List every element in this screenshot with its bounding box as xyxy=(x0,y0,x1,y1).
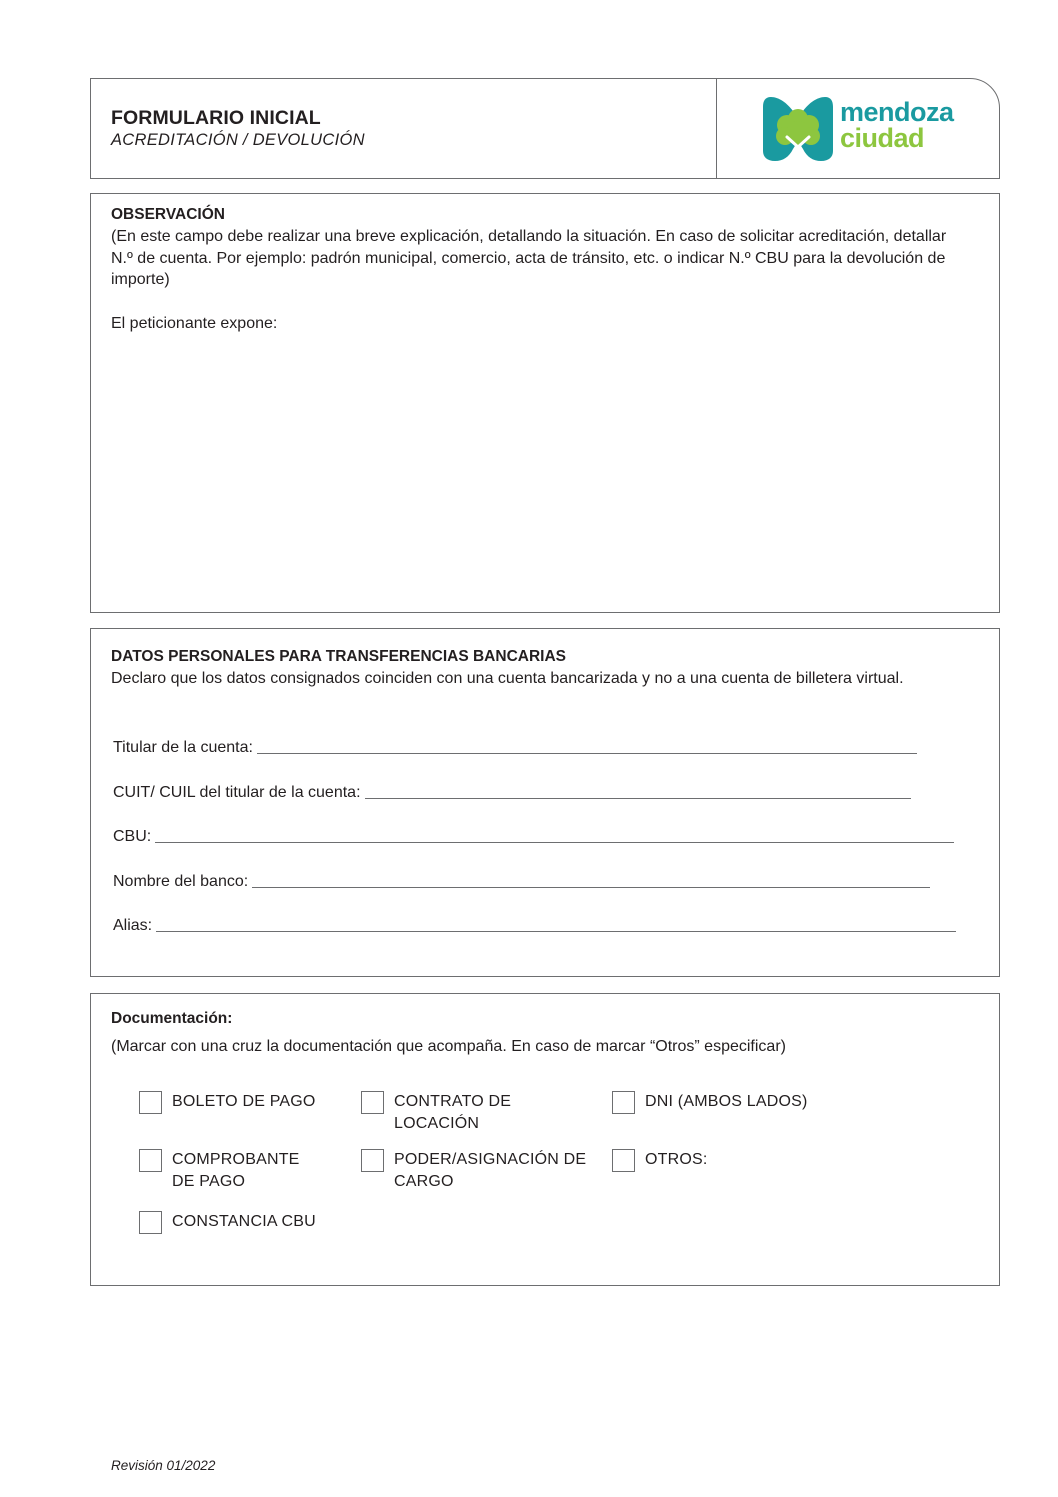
cbu-label: CBU: xyxy=(113,828,151,846)
checkbox-label: COMPROBANTE DE PAGO xyxy=(172,1149,322,1193)
logo-text-mendoza: mendoza xyxy=(840,99,954,126)
mendoza-ciudad-logo: mendoza ciudad xyxy=(763,93,963,163)
checkbox-square[interactable] xyxy=(139,1091,162,1114)
checkbox-label: PODER/ASIGNACIÓN DE CARGO xyxy=(394,1149,589,1193)
cuit-cuil-field[interactable]: CUIT/ CUIL del titular de la cuenta: xyxy=(113,780,911,802)
checkbox-label: CONSTANCIA CBU xyxy=(172,1211,316,1233)
tree-m-logo-icon xyxy=(763,93,833,163)
cuit-cuil-label: CUIT/ CUIL del titular de la cuenta: xyxy=(113,784,361,802)
titular-input-line[interactable] xyxy=(257,753,917,754)
checkbox-poder-asignacion-de-cargo[interactable]: PODER/ASIGNACIÓN DE CARGO xyxy=(361,1149,589,1193)
titular-label: Titular de la cuenta: xyxy=(113,739,253,757)
datos-personales-title: DATOS PERSONALES PARA TRANSFERENCIAS BAN… xyxy=(111,648,566,666)
alias-field[interactable]: Alias: xyxy=(113,913,956,935)
checkbox-dni-ambos-lados[interactable]: DNI (AMBOS LADOS) xyxy=(612,1091,808,1114)
checkbox-square[interactable] xyxy=(361,1149,384,1172)
datos-personales-section: DATOS PERSONALES PARA TRANSFERENCIAS BAN… xyxy=(90,628,1000,977)
checkbox-square[interactable] xyxy=(612,1149,635,1172)
datos-personales-declaration: Declaro que los datos consignados coinci… xyxy=(111,668,911,690)
checkbox-label: DNI (AMBOS LADOS) xyxy=(645,1091,808,1113)
checkbox-label: BOLETO DE PAGO xyxy=(172,1091,316,1113)
checkbox-contrato-de-locacion[interactable]: CONTRATO DE LOCACIÓN xyxy=(361,1091,544,1135)
logo-text-ciudad: ciudad xyxy=(840,125,924,152)
cbu-field[interactable]: CBU: xyxy=(113,824,954,846)
cbu-input-line[interactable] xyxy=(155,842,954,843)
checkbox-boleto-de-pago[interactable]: BOLETO DE PAGO xyxy=(139,1091,316,1114)
nombre-banco-field[interactable]: Nombre del banco: xyxy=(113,869,930,891)
alias-label: Alias: xyxy=(113,917,152,935)
nombre-banco-label: Nombre del banco: xyxy=(113,873,248,891)
cuit-cuil-input-line[interactable] xyxy=(365,798,911,799)
checkbox-label: OTROS: xyxy=(645,1149,708,1171)
checkbox-square[interactable] xyxy=(139,1211,162,1234)
checkbox-square[interactable] xyxy=(139,1149,162,1172)
observacion-section[interactable]: OBSERVACIÓN (En este campo debe realizar… xyxy=(90,193,1000,613)
header-divider xyxy=(716,79,717,178)
observacion-title: OBSERVACIÓN xyxy=(111,206,225,224)
form-header: FORMULARIO INICIAL ACREDITACIÓN / DEVOLU… xyxy=(90,78,1000,179)
revision-label: Revisión 01/2022 xyxy=(111,1458,215,1473)
titular-field[interactable]: Titular de la cuenta: xyxy=(113,735,917,757)
alias-input-line[interactable] xyxy=(156,931,956,932)
checkbox-constancia-cbu[interactable]: CONSTANCIA CBU xyxy=(139,1211,316,1234)
checkbox-label: CONTRATO DE LOCACIÓN xyxy=(394,1091,544,1135)
checkbox-otros[interactable]: OTROS: xyxy=(612,1149,708,1172)
form-title: FORMULARIO INICIAL xyxy=(111,107,321,130)
nombre-banco-input-line[interactable] xyxy=(252,887,930,888)
observacion-instructions: (En este campo debe realizar una breve e… xyxy=(111,226,971,291)
documentacion-instructions: (Marcar con una cruz la documentación qu… xyxy=(111,1036,786,1058)
documentacion-title: Documentación: xyxy=(111,1010,232,1028)
documentacion-section: Documentación: (Marcar con una cruz la d… xyxy=(90,993,1000,1286)
peticionante-expone-label: El peticionante expone: xyxy=(111,313,277,335)
checkbox-comprobante-de-pago[interactable]: COMPROBANTE DE PAGO xyxy=(139,1149,322,1193)
form-subtitle: ACREDITACIÓN / DEVOLUCIÓN xyxy=(111,131,365,150)
checkbox-square[interactable] xyxy=(612,1091,635,1114)
checkbox-square[interactable] xyxy=(361,1091,384,1114)
